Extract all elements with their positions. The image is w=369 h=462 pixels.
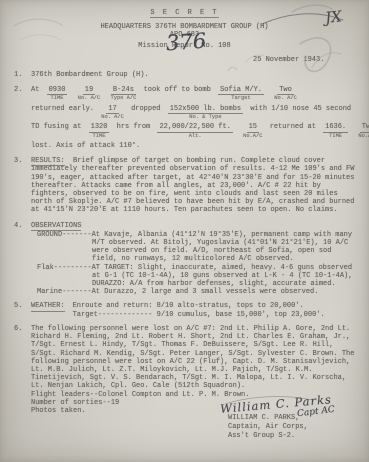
fill-bomb-load: 152x500 lb. bombsNo. & Type (168, 105, 243, 121)
observation-flak-text: AT TARGET: Slight, inaccurate, aimed, he… (92, 264, 353, 288)
td-fusing-text: TD fusing at (31, 123, 81, 131)
weather-label: WEATHER: (31, 302, 65, 311)
fill-return-time: 1636.TIME (323, 123, 348, 139)
observation-marine-key: Marine------- (37, 288, 92, 296)
document-body: 1. 376th Bombardment Group (H). 2. At 09… (14, 71, 360, 415)
hrs-from-text: hrs from (117, 123, 151, 131)
axis-of-attack-line: lost. Axis of attack 110°. (31, 142, 360, 150)
classification-text: S E C R E T (150, 9, 218, 18)
observation-ground: GROUND-------At Kavaje, Albania (41°12'N… (37, 231, 360, 264)
fill-lost-count: TwoNo.A/C (358, 123, 369, 139)
paragraph-1: 1. 376th Bombardment Group (H). (14, 71, 360, 79)
fill-returned-ac: 15No.A/C (243, 123, 262, 139)
fill-bomb-time: 1320TIME (89, 123, 110, 139)
results-text: Brief glimpse of target on bombing run. … (31, 157, 354, 214)
date-line: 25 November 1943. (253, 56, 324, 64)
scanned-mission-report: { "classification": "S E C R E T", "head… (0, 0, 369, 462)
weather-enroute-text: 8/10 alto-stratus, tops to 20,000'. (157, 302, 304, 310)
observation-flak-key: Flak--------- (37, 264, 92, 272)
classification-banner: S E C R E T (0, 9, 369, 17)
paragraph-1-text: 376th Bombardment Group (H). (31, 71, 360, 79)
signer-rank: Captain, Air Corps, (228, 423, 332, 431)
fusing-text: with 1/10 nose 45 second (250, 105, 351, 113)
paragraph-4-number: 4. (14, 222, 31, 297)
observation-ground-key: GROUND------- (37, 231, 92, 239)
fill-target: Sofia M/Y.Target (218, 86, 264, 102)
signature-block: William C. Parks WILLIAM C. PARKS, Capta… (220, 395, 332, 441)
weather-target-text: 9/10 cumulus, base 15,000', top 23,000'. (157, 311, 325, 319)
returned-at-text: returned at (270, 123, 316, 131)
paragraph-3: 3. RESULTS: Brief glimpse of target on b… (14, 157, 360, 214)
paragraph-2-number: 2. (14, 86, 31, 150)
observation-marine: Marine-------At Durazzo, 2 large and 3 s… (37, 288, 360, 296)
results-paragraph: RESULTS: Brief glimpse of target on bomb… (31, 157, 360, 214)
takeoff-prefix: At (31, 86, 39, 94)
returned-early-text: returned early. (31, 105, 94, 113)
paragraph-5-number: 5. (14, 302, 31, 318)
return-line: TD fusing at 1320TIME hrs from 22,000/22… (31, 123, 360, 139)
paragraph-4: 4. OBSERVATIONS GROUND-------At Kavaje, … (14, 222, 360, 297)
personnel-lost-text: The following personnel were lost on A/C… (31, 325, 360, 391)
observation-marine-text: At Durazzo, 2 large and 3 small vessels … (92, 288, 319, 296)
takeoff-line: At 0930TIME 19No. A/C B-24sType A/C took… (31, 86, 360, 102)
fill-aircraft-count: 19No. A/C (78, 86, 101, 102)
weather-target-line: Target------------- 9/10 cumulus, base 1… (73, 311, 325, 319)
fill-aircraft-type: B-24sType A/C (110, 86, 136, 102)
takeoff-mid-text: took off to bomb (144, 86, 211, 94)
handwritten-mission-number: 376 (165, 29, 207, 56)
dropped-text: dropped (131, 105, 160, 113)
signer-role: Ass't Group S-2. (228, 432, 332, 440)
weather-enroute-key: Enroute and return: (73, 302, 153, 310)
fill-altitude: 22,000/22,500 ft.Alt. (157, 123, 232, 139)
paragraph-2: 2. At 0930TIME 19No. A/C B-24sType A/C t… (14, 86, 360, 150)
fill-takeoff-time: 0930TIME (47, 86, 68, 102)
weather-target-key: Target------------- (73, 311, 153, 319)
paragraph-1-number: 1. (14, 71, 31, 79)
handwritten-initials: JX (324, 7, 342, 27)
fill-dropped-count: 17No. A/C (101, 105, 124, 121)
bombs-line: returned early. 17No. A/C dropped 152x50… (31, 105, 360, 121)
paragraph-5: 5. WEATHER: Enroute and return: 8/10 alt… (14, 302, 360, 318)
paragraph-6-number: 6. (14, 325, 31, 415)
paragraph-3-number: 3. (14, 157, 31, 214)
fill-returned-count: TwoNo. A/C (274, 86, 297, 102)
observations-label: OBSERVATIONS (31, 222, 81, 231)
observation-flak: Flak---------AT TARGET: Slight, inaccura… (37, 264, 360, 289)
observation-ground-text: At Kavaje, Albania (41°12'N 19°35'E), pe… (92, 231, 352, 264)
weather-enroute-line: Enroute and return: 8/10 alto-stratus, t… (73, 302, 325, 310)
